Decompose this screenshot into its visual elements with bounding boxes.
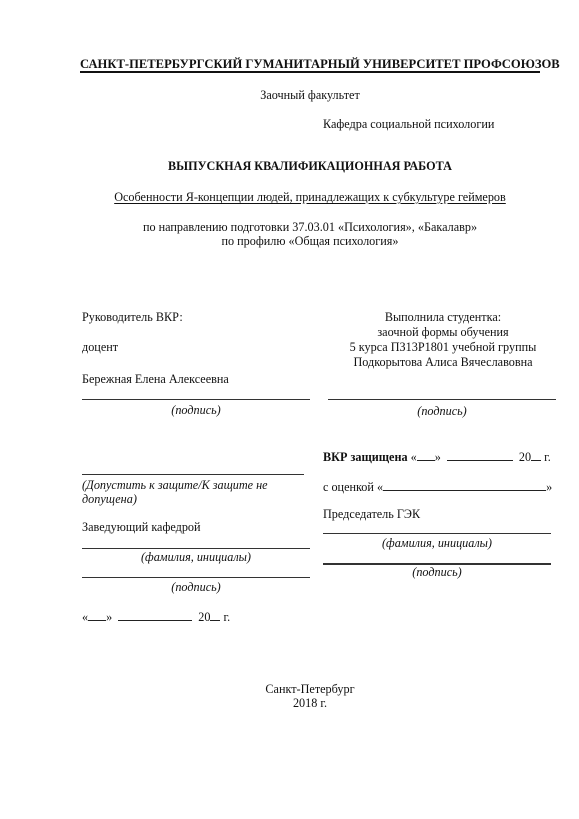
footer-city: Санкт-Петербург	[0, 683, 579, 695]
student-signature-line	[328, 399, 556, 400]
year-suffix: г.	[224, 610, 231, 624]
supervisor-position: доцент	[82, 341, 118, 353]
supervisor-signature-caption: (подпись)	[82, 404, 310, 416]
defense-year-blank[interactable]	[531, 449, 541, 461]
grade-blank[interactable]	[383, 479, 546, 491]
admission-decision-line	[82, 474, 304, 475]
day-blank[interactable]	[88, 609, 106, 621]
gek-chair-label: Председатель ГЭК	[323, 508, 420, 520]
footer-year: 2018 г.	[0, 697, 579, 709]
head-signature-line	[82, 577, 310, 578]
admission-caption-line2: допущена)	[82, 493, 137, 505]
admission-caption-line1: (Допустить к защите/К защите не	[82, 479, 268, 491]
defense-date-close: »	[435, 450, 441, 464]
supervisor-label: Руководитель ВКР:	[82, 311, 183, 323]
student-group: 5 курса ПЗ13Р1801 учебной группы	[323, 341, 563, 353]
gek-signature-caption: (подпись)	[323, 566, 551, 578]
profile-line: по профилю «Общая психология»	[0, 235, 579, 247]
grade-prefix: с оценкой «	[323, 480, 383, 494]
university-name: САНКТ-ПЕТЕРБУРГСКИЙ ГУМАНИТАРНЫЙ УНИВЕРС…	[80, 58, 540, 71]
work-type-title: ВЫПУСКНАЯ КВАЛИФИКАЦИОННАЯ РАБОТА	[0, 160, 579, 172]
faculty-name: Заочный факультет	[0, 89, 579, 101]
department-name: Кафедра социальной психологии	[323, 118, 494, 130]
defense-label: ВКР защищена	[323, 450, 408, 464]
admission-date: «» 20 г.	[82, 609, 230, 623]
head-name-line	[82, 548, 310, 549]
date-close-quote: »	[106, 610, 112, 624]
header-rule	[80, 71, 540, 73]
direction-line: по направлению подготовки 37.03.01 «Псих…	[0, 221, 579, 233]
year-blank[interactable]	[210, 609, 220, 621]
thesis-topic: Особенности Я-концепции людей, принадлеж…	[114, 190, 506, 204]
defense-year-prefix: 20	[519, 450, 531, 464]
student-form: заочной формы обучения	[323, 326, 563, 338]
student-signature-caption: (подпись)	[328, 405, 556, 417]
defense-year-suffix: г.	[544, 450, 551, 464]
head-signature-caption: (подпись)	[82, 581, 310, 593]
grade-suffix: »	[546, 480, 552, 494]
grade-line: с оценкой «»	[323, 479, 552, 493]
defense-month-blank[interactable]	[447, 449, 513, 461]
supervisor-signature-line	[82, 399, 310, 400]
head-name-caption: (фамилия, инициалы)	[82, 551, 310, 563]
student-label: Выполнила студентка:	[323, 311, 563, 323]
year-prefix: 20	[198, 610, 210, 624]
topic-wrapper: Особенности Я-концепции людей, принадлеж…	[0, 191, 579, 203]
defense-date: ВКР защищена «» 20 г.	[323, 449, 551, 463]
gek-name-caption: (фамилия, инициалы)	[323, 537, 551, 549]
supervisor-name: Бережная Елена Алексеевна	[82, 373, 229, 385]
gek-name-line	[323, 533, 551, 534]
month-blank[interactable]	[118, 609, 192, 621]
defense-day-blank[interactable]	[417, 449, 435, 461]
head-of-department-label: Заведующий кафедрой	[82, 521, 201, 533]
student-name: Подкорытова Алиса Вячеславовна	[323, 356, 563, 368]
